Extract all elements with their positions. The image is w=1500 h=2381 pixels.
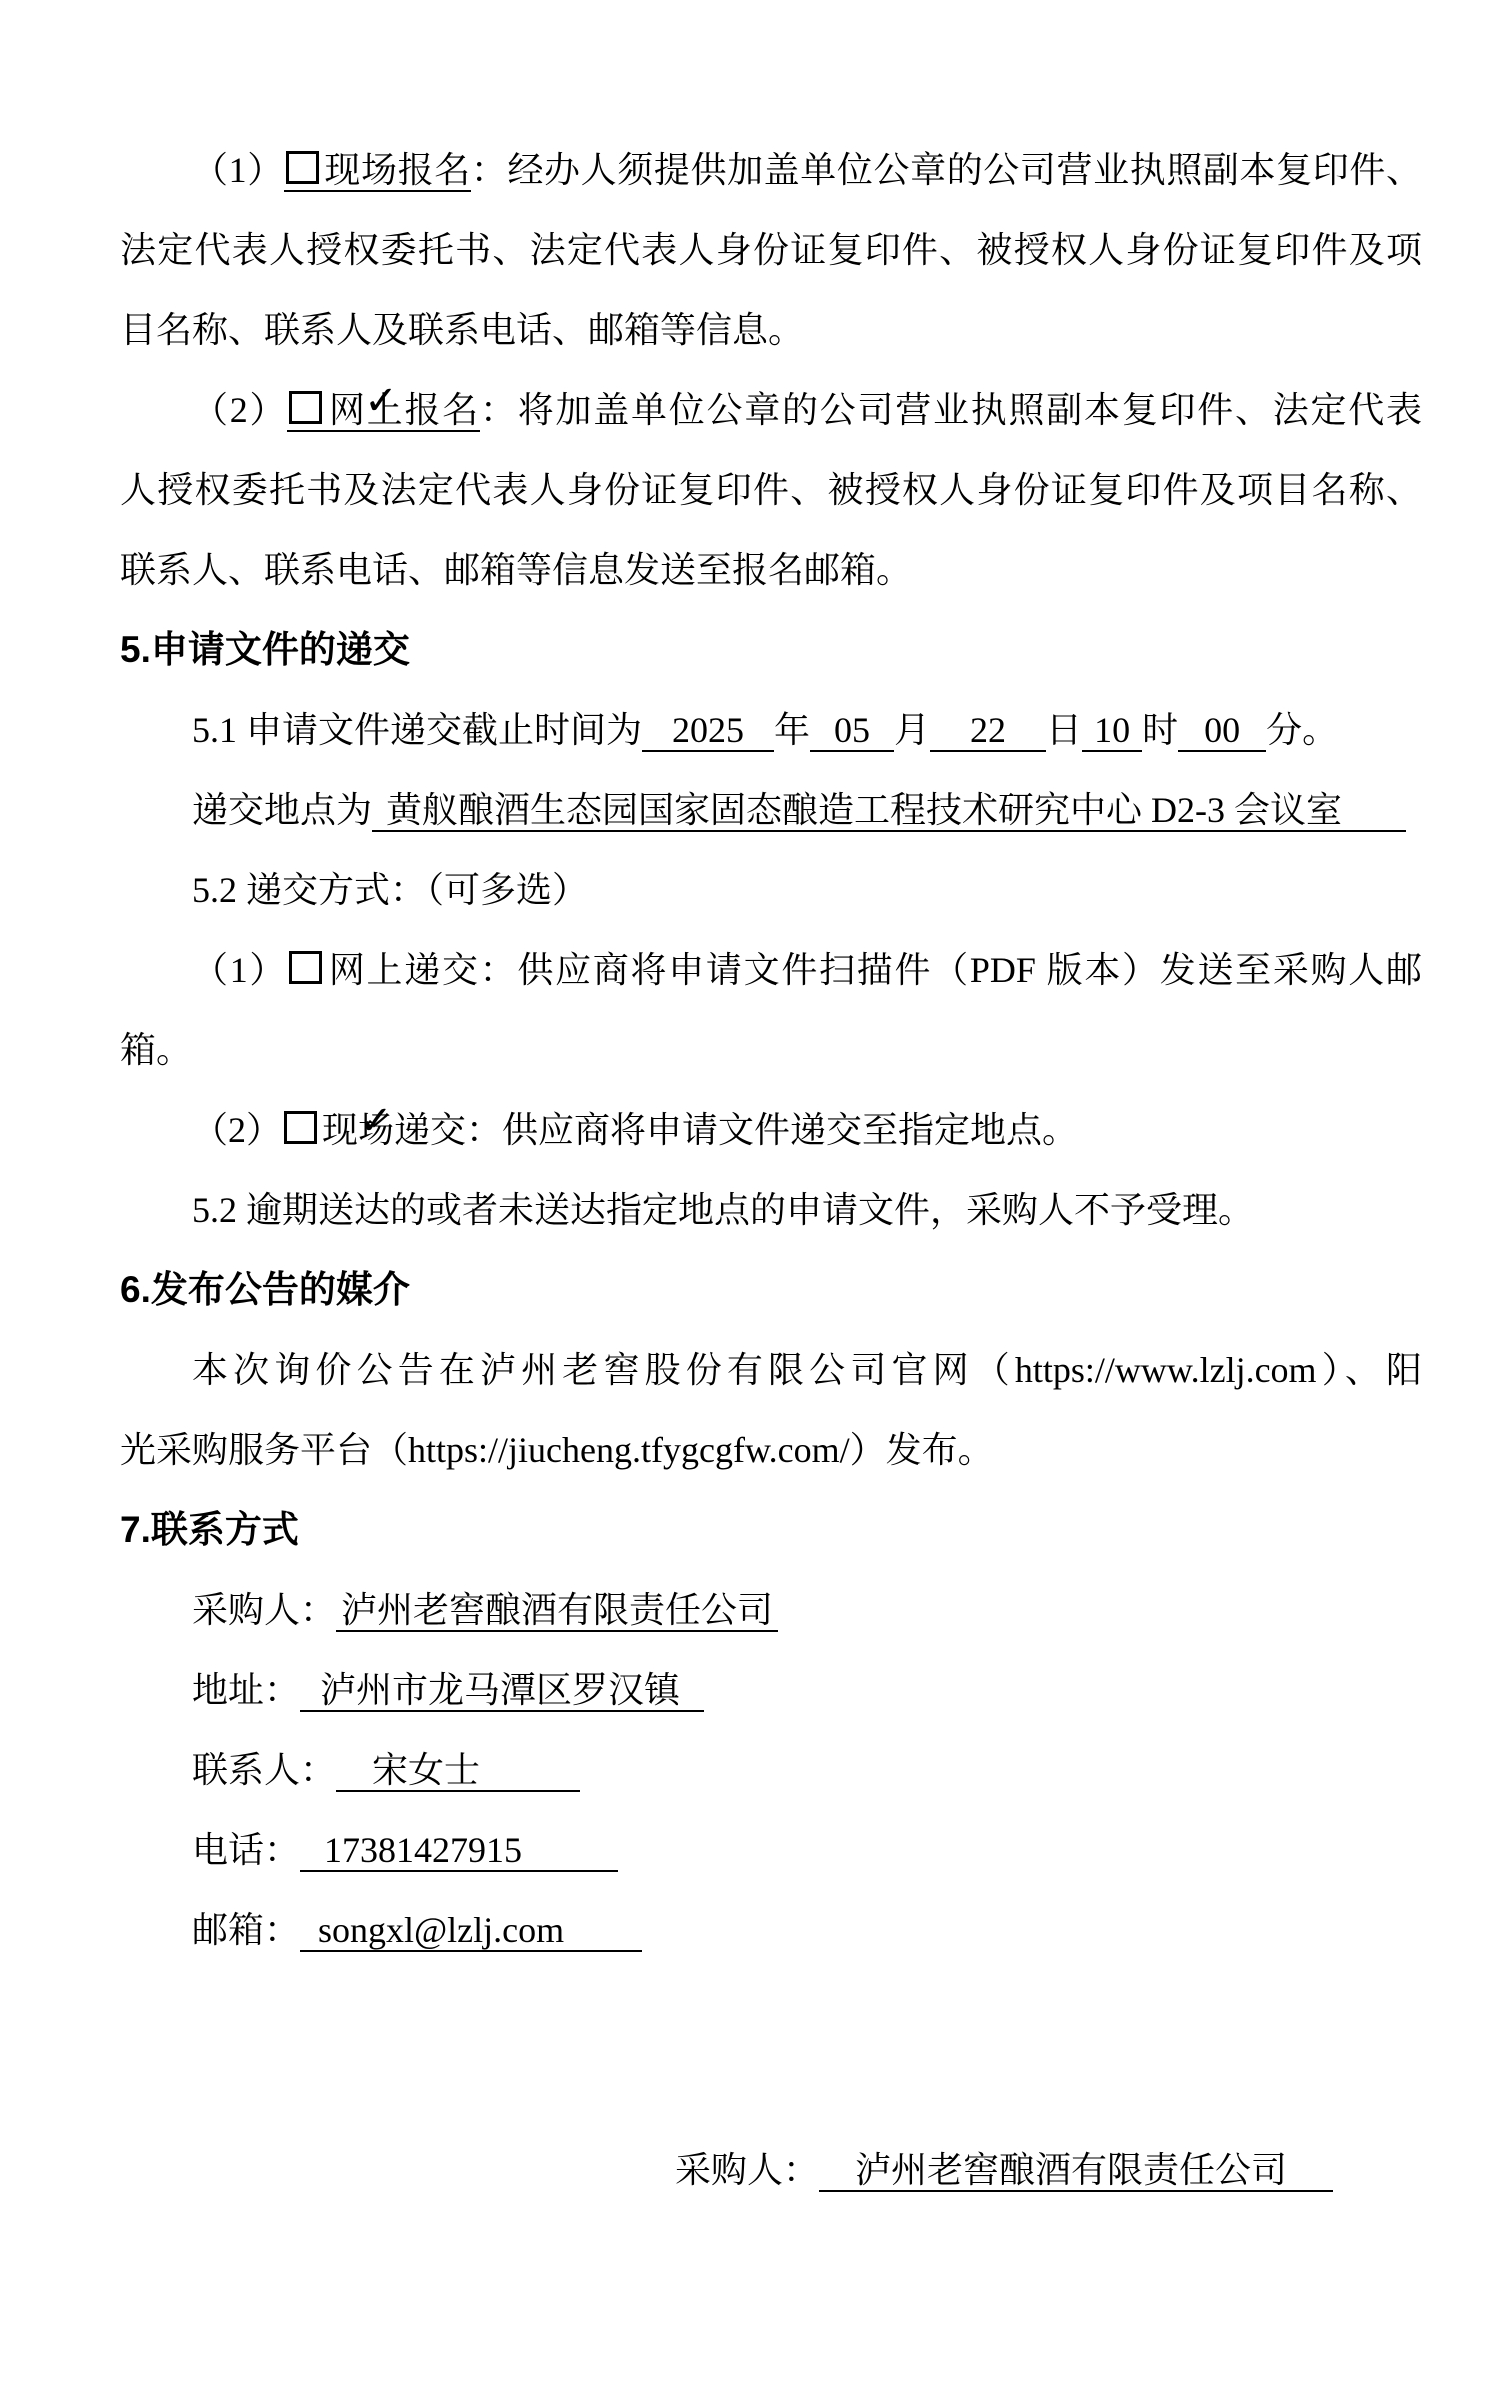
deadline-prefix: 5.1 申请文件递交截止时间为: [192, 710, 642, 750]
document-page: （1）现场报名：经办人须提供加盖单位公章的公司营业执照副本复印件、 法定代表人授…: [0, 0, 1500, 2381]
section-7-heading: 7.联系方式: [120, 1490, 1422, 1570]
section-5-heading: 5.申请文件的递交: [120, 610, 1422, 690]
phone-value: 17381427915: [300, 1830, 618, 1872]
method-text: 现场递交：供应商将申请文件递交至指定地点。: [322, 1110, 1078, 1150]
item-number: （2）: [192, 1110, 282, 1150]
deadline-minute-blank: 00: [1178, 710, 1266, 752]
checkbox-checked-icon: ✓: [289, 391, 322, 424]
submission-location-blank: 黄舣酿酒生态园国家固态酿造工程技术研究中心 D2-3 会议室: [372, 790, 1406, 832]
submission-methods-line: 5.2 递交方式：（可多选）: [120, 850, 1422, 930]
option-label: 现场报名: [324, 150, 471, 190]
online-registration-line-1: （2）✓网上报名：将加盖单位公章的公司营业执照副本复印件、法定代表: [120, 370, 1422, 450]
option-text: 经办人须提供加盖单位公章的公司营业执照副本复印件、: [507, 150, 1422, 190]
option-text: 将加盖单位公章的公司营业执照副本复印件、法定代表: [518, 390, 1422, 430]
deadline-month-blank: 05: [810, 710, 894, 752]
address-value: 泸州市龙马潭区罗汉镇: [300, 1670, 704, 1712]
phone-line: 电话：17381427915: [120, 1810, 1422, 1890]
deadline-year-blank: 2025: [642, 710, 774, 752]
checkbox-checked-icon: ✓: [284, 1111, 317, 1144]
address-label: 地址：: [192, 1670, 300, 1710]
phone-label: 电话：: [192, 1830, 300, 1870]
overdue-line: 5.2 逾期送达的或者未送达指定地点的申请文件，采购人不予受理。: [120, 1170, 1422, 1250]
submission-location-line: 递交地点为黄舣酿酒生态园国家固态酿造工程技术研究中心 D2-3 会议室: [120, 770, 1422, 850]
method-online-line-1: （1）网上递交：供应商将申请文件扫描件（PDF 版本）发送至采购人邮: [120, 930, 1422, 1010]
email-line: 邮箱：songxl@lzlj.com: [120, 1890, 1422, 1970]
online-registration-option: ✓网上报名: [287, 390, 480, 432]
email-value: songxl@lzlj.com: [300, 1910, 642, 1952]
onsite-registration-option: 现场报名: [284, 150, 471, 192]
document-body: （1）现场报名：经办人须提供加盖单位公章的公司营业执照副本复印件、 法定代表人授…: [0, 0, 1500, 2210]
colon: ：: [471, 150, 508, 190]
item-number: （1）: [192, 150, 284, 190]
onsite-registration-line-2: 法定代表人授权委托书、法定代表人身份证复印件、被授权人身份证复印件及项: [120, 210, 1422, 290]
deadline-line: 5.1 申请文件递交截止时间为2025年05月22日10时00分。: [120, 690, 1422, 770]
unit-day: 日: [1046, 710, 1082, 750]
item-number: （2）: [192, 390, 287, 430]
item-number: （1）: [192, 950, 287, 990]
email-label: 邮箱：: [192, 1910, 300, 1950]
method-text: 网上递交：供应商将申请文件扫描件（PDF 版本）发送至采购人邮: [327, 950, 1422, 990]
colon: ：: [480, 390, 518, 430]
deadline-day-blank: 22: [930, 710, 1046, 752]
online-registration-line-2: 人授权委托书及法定代表人身份证复印件、被授权人身份证复印件及项目名称、: [120, 450, 1422, 530]
contact-label: 联系人：: [192, 1750, 336, 1790]
unit-year: 年: [774, 710, 810, 750]
buyer-label: 采购人：: [192, 1590, 336, 1630]
buyer-line: 采购人：泸州老窖酿酒有限责任公司: [120, 1570, 1422, 1650]
announcement-media-line-2: 光采购服务平台（https://jiucheng.tfygcgfw.com/）发…: [120, 1410, 1422, 1490]
signature-value: 泸州老窖酿酒有限责任公司: [819, 2150, 1333, 2192]
deadline-hour-blank: 10: [1082, 710, 1142, 752]
check-mark: ✓: [287, 1101, 393, 1141]
contact-person-line: 联系人：宋女士: [120, 1730, 1422, 1810]
method-online-line-2: 箱。: [120, 1010, 1422, 1090]
checkbox-unchecked-icon: [286, 151, 319, 184]
section-6-heading: 6.发布公告的媒介: [120, 1250, 1422, 1330]
method-onsite-line: （2）✓现场递交：供应商将申请文件递交至指定地点。: [120, 1090, 1422, 1170]
location-prefix: 递交地点为: [192, 790, 372, 830]
unit-month: 月: [894, 710, 930, 750]
checkbox-unchecked-icon: [289, 951, 322, 984]
buyer-value: 泸州老窖酿酒有限责任公司: [336, 1590, 778, 1632]
unit-hour: 时: [1142, 710, 1178, 750]
contact-value: 宋女士: [336, 1750, 580, 1792]
signature-label: 采购人：: [675, 2150, 819, 2190]
unit-minute: 分。: [1266, 710, 1338, 750]
online-registration-line-3: 联系人、联系电话、邮箱等信息发送至报名邮箱。: [120, 530, 1422, 610]
blank-line: [120, 1970, 1422, 2050]
check-mark: ✓: [292, 381, 398, 421]
announcement-media-line-1: 本次询价公告在泸州老窖股份有限公司官网（https://www.lzlj.com…: [120, 1330, 1422, 1410]
signature-line: 采购人：泸州老窖酿酒有限责任公司: [120, 2130, 1422, 2210]
onsite-registration-line-1: （1）现场报名：经办人须提供加盖单位公章的公司营业执照副本复印件、: [120, 130, 1422, 210]
address-line: 地址：泸州市龙马潭区罗汉镇: [120, 1650, 1422, 1730]
onsite-registration-line-3: 目名称、联系人及联系电话、邮箱等信息。: [120, 290, 1422, 370]
blank-line: [120, 2050, 1422, 2130]
